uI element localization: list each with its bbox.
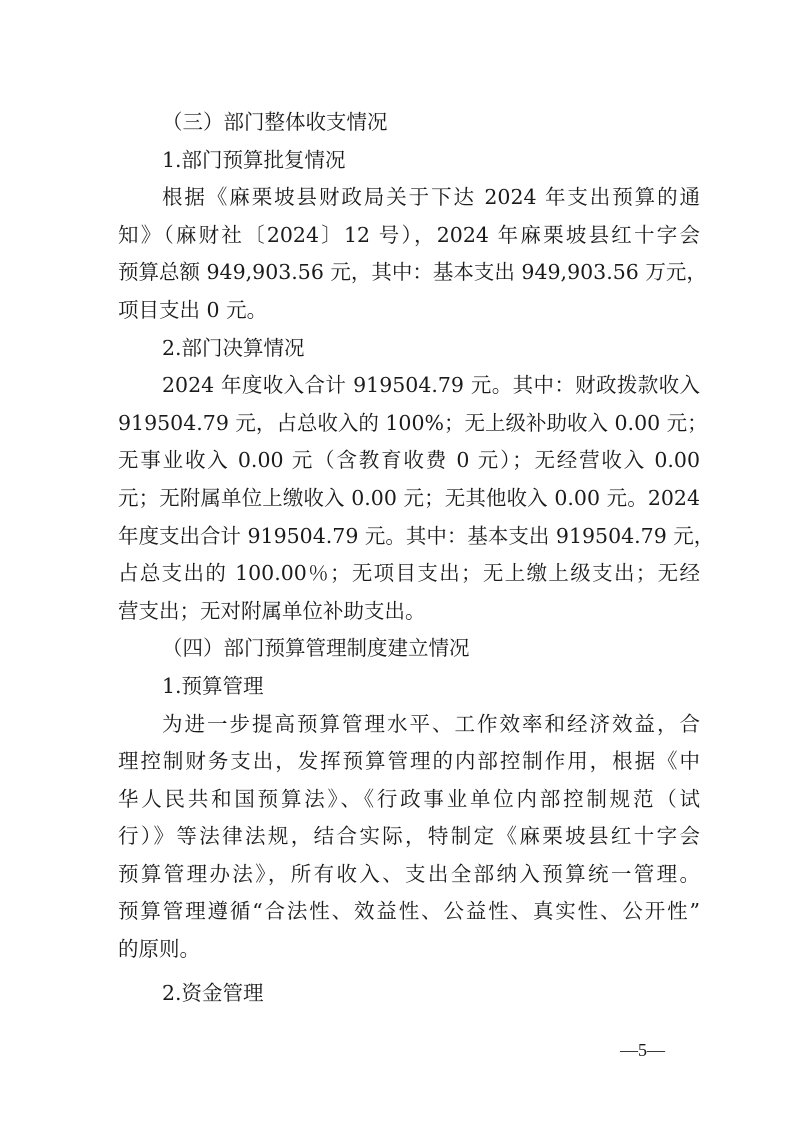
page-number: —5— (620, 1040, 665, 1061)
section-heading-3: （三）部门整体收支情况 (118, 104, 700, 142)
paragraph-line: 为进一步提高预算管理水平、工作效率和经济效益，合 (118, 706, 700, 744)
paragraph-line: 元；无附属单位上缴收入 0.00 元；无其他收入 0.00 元。2024 (118, 480, 700, 518)
paragraph-budget-approval: 根据《麻栗坡县财政局关于下达 2024 年支出预算的通 知》（麻财社〔2024〕… (118, 179, 700, 329)
paragraph-line: 占总支出的 100.00％；无项目支出；无上缴上级支出；无经 (118, 555, 700, 593)
paragraph-line: 919504.79 元，占总收入的 100%；无上级补助收入 0.00 元； (118, 405, 700, 443)
paragraph-line: 营支出；无对附属单位补助支出。 (118, 593, 700, 631)
paragraph-line: 项目支出 0 元。 (118, 292, 700, 330)
paragraph-line: 理控制财务支出，发挥预算管理的内部控制作用，根据《中 (118, 743, 700, 781)
paragraph-line: 预算管理遵循“合法性、效益性、公益性、真实性、公开性” (118, 893, 700, 931)
subheading-final-accounts: 2.部门决算情况 (118, 330, 700, 368)
paragraph-line: 2024 年度收入合计 919504.79 元。其中：财政拨款收入 (118, 367, 700, 405)
paragraph-budget-management: 为进一步提高预算管理水平、工作效率和经济效益，合 理控制财务支出，发挥预算管理的… (118, 706, 700, 969)
paragraph-final-accounts: 2024 年度收入合计 919504.79 元。其中：财政拨款收入 919504… (118, 367, 700, 630)
subheading-budget-approval: 1.部门预算批复情况 (118, 142, 700, 180)
paragraph-line: 预算总额 949,903.56 元，其中：基本支出 949,903.56 万元， (118, 254, 700, 292)
section-heading-4: （四）部门预算管理制度建立情况 (118, 630, 700, 668)
paragraph-line: 行）》等法律法规，结合实际，特制定《麻栗坡县红十字会 (118, 818, 700, 856)
paragraph-line: 年度支出合计 919504.79 元。其中：基本支出 919504.79 元， (118, 518, 700, 556)
document-body: （三）部门整体收支情况 1.部门预算批复情况 根据《麻栗坡县财政局关于下达 20… (118, 104, 700, 1012)
paragraph-line: 知》（麻财社〔2024〕12 号），2024 年麻栗坡县红十字会 (118, 217, 700, 255)
paragraph-line: 根据《麻栗坡县财政局关于下达 2024 年支出预算的通 (118, 179, 700, 217)
paragraph-line: 的原则。 (118, 931, 700, 969)
paragraph-line: 无事业收入 0.00 元（含教育收费 0 元）；无经营收入 0.00 (118, 442, 700, 480)
paragraph-line: 预算管理办法》，所有收入、支出全部纳入预算统一管理。 (118, 856, 700, 894)
subheading-budget-management: 1.预算管理 (118, 668, 700, 706)
paragraph-line: 华人民共和国预算法》、《行政事业单位内部控制规范（试 (118, 781, 700, 819)
subheading-fund-management: 2.资金管理 (118, 975, 700, 1013)
